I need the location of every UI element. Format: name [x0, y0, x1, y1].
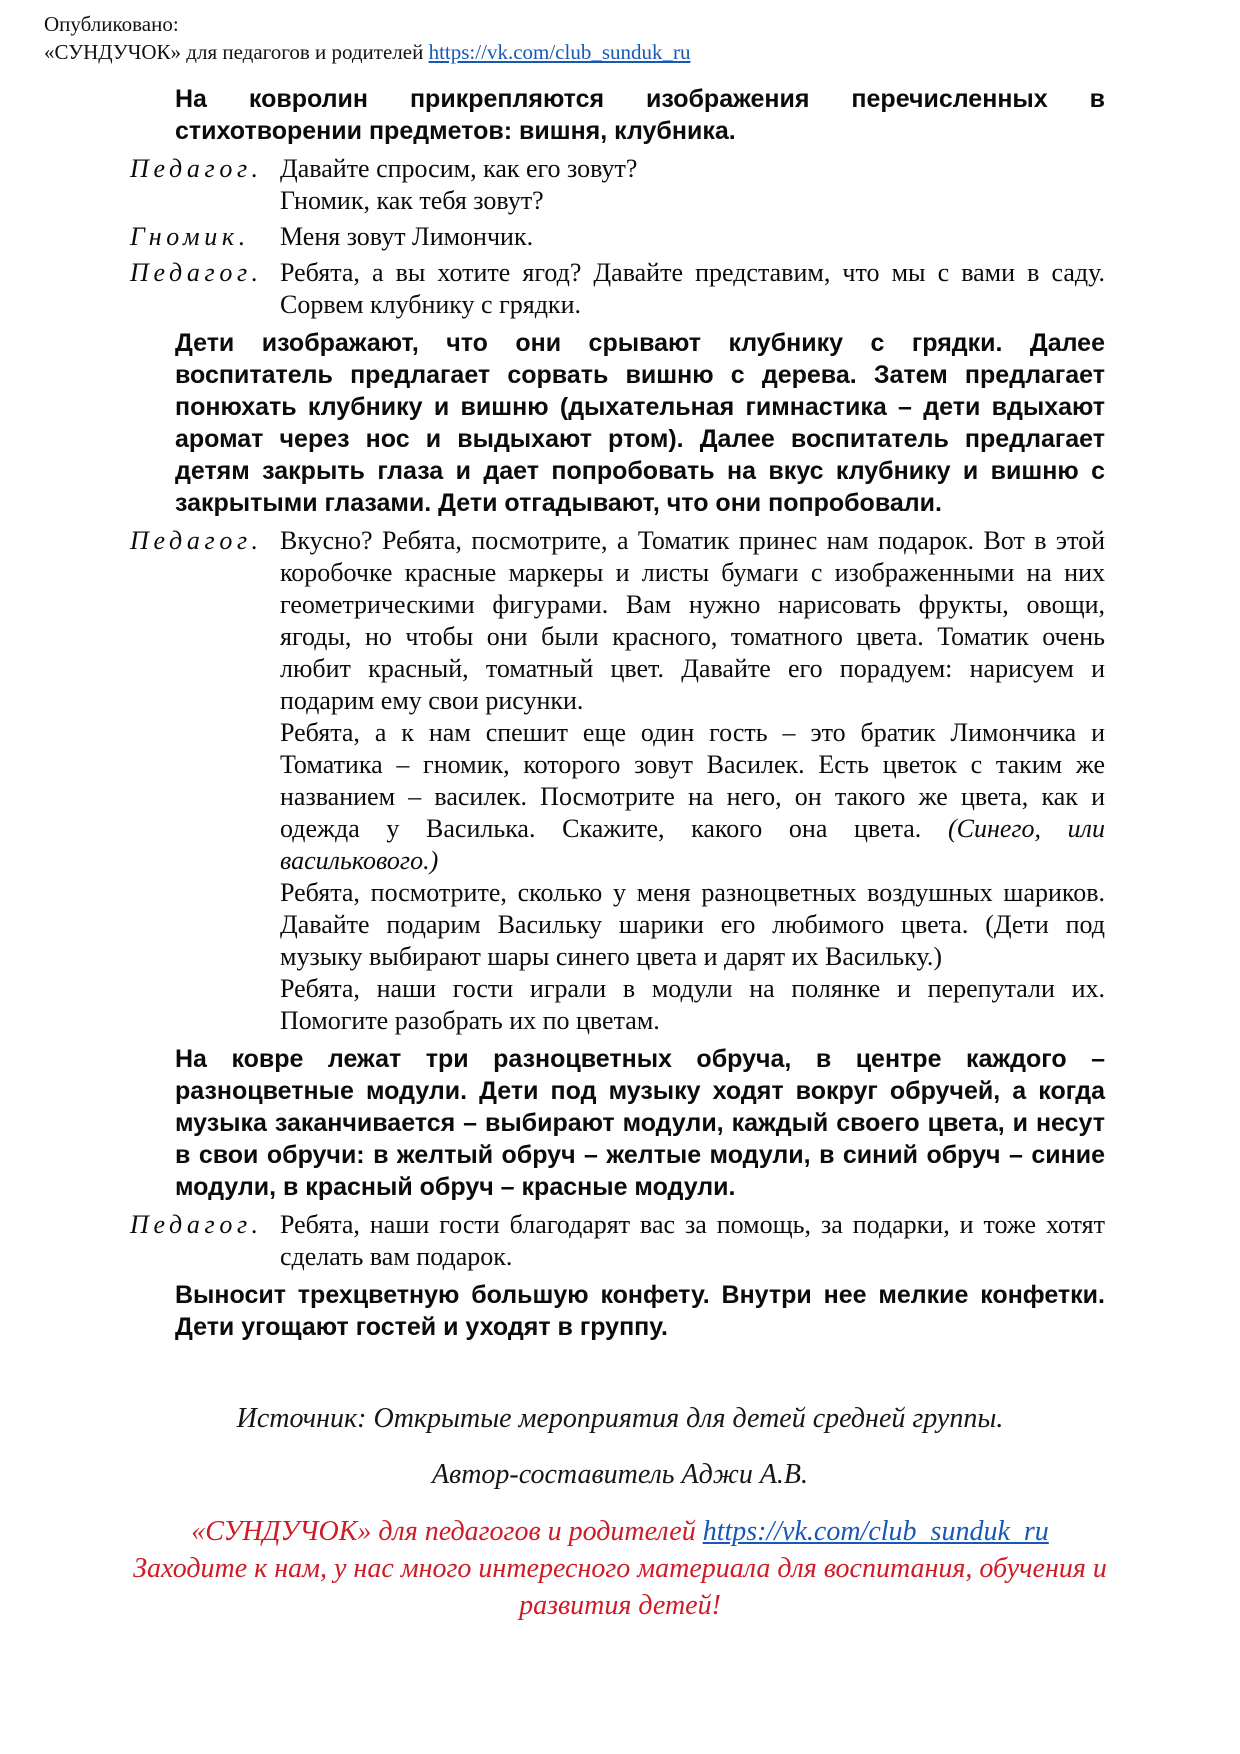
- club-line: «СУНДУЧОК» для педагогов и родителей htt…: [44, 38, 1240, 66]
- footer-author: Автор-составитель Аджи А.В.: [60, 1457, 1180, 1493]
- speech-line: Давайте спросим, как его зовут?: [280, 153, 1105, 185]
- document-page: Опубликовано: «СУНДУЧОК» для педагогов и…: [0, 0, 1240, 1754]
- dialogue-row-3: Педагог. Ребята, а вы хотите ягод? Давай…: [130, 257, 1105, 321]
- footer-club-line: «СУНДУЧОК» для педагогов и родителей htt…: [85, 1513, 1155, 1550]
- speaker-label: Педагог.: [130, 525, 280, 557]
- published-label: Опубликовано:: [44, 10, 1240, 38]
- speaker-label: Педагог.: [130, 153, 280, 185]
- speech-paragraph: Вкусно? Ребята, посмотрите, а Томатик пр…: [280, 525, 1105, 717]
- speech-line: Ребята, наши гости благодарят вас за пом…: [280, 1209, 1105, 1273]
- speech-line: Ребята, а вы хотите ягод? Давайте предст…: [280, 257, 1105, 321]
- document-body: На ковролин прикрепляются изображения пе…: [130, 83, 1105, 1343]
- dialogue-row-4: Педагог. Вкусно? Ребята, посмотрите, а Т…: [130, 525, 1105, 1037]
- stage-direction-3: На ковре лежат три разноцветных обруча, …: [175, 1043, 1105, 1203]
- dialogue-row-1: Педагог. Давайте спросим, как его зовут?…: [130, 153, 1105, 217]
- speech-text: Ребята, а вы хотите ягод? Давайте предст…: [280, 257, 1105, 321]
- footer-club-block: «СУНДУЧОК» для педагогов и родителей htt…: [85, 1513, 1155, 1624]
- stage-direction-2: Дети изображают, что они срывают клубник…: [175, 327, 1105, 519]
- footer-source: Источник: Открытые мероприятия для детей…: [60, 1401, 1180, 1437]
- speaker-label: Педагог.: [130, 257, 280, 289]
- stage-direction-1: На ковролин прикрепляются изображения пе…: [175, 83, 1105, 147]
- speech-paragraph: Ребята, посмотрите, сколько у меня разно…: [280, 877, 1105, 973]
- speech-text: Вкусно? Ребята, посмотрите, а Томатик пр…: [280, 525, 1105, 1037]
- footer-invite-text: Заходите к нам, у нас много интересного …: [85, 1550, 1155, 1624]
- speech-text: Меня зовут Лимончик.: [280, 221, 1105, 253]
- speaker-label: Педагог.: [130, 1209, 280, 1241]
- dialogue-row-2: Гномик. Меня зовут Лимончик.: [130, 221, 1105, 253]
- footer-club-link[interactable]: https://vk.com/club_sunduk_ru: [703, 1516, 1049, 1547]
- speech-text: Ребята, наши гости благодарят вас за пом…: [280, 1209, 1105, 1273]
- speech-paragraph: Ребята, а к нам спешит еще один гость – …: [280, 717, 1105, 877]
- club-line-text: «СУНДУЧОК» для педагогов и родителей: [44, 40, 429, 64]
- footer-club-text: «СУНДУЧОК» для педагогов и родителей: [191, 1516, 703, 1547]
- speech-paragraph: Ребята, наши гости играли в модули на по…: [280, 973, 1105, 1037]
- speech-line: Гномик, как тебя зовут?: [280, 185, 1105, 217]
- published-header: Опубликовано: «СУНДУЧОК» для педагогов и…: [0, 0, 1240, 67]
- footer: Источник: Открытые мероприятия для детей…: [0, 1401, 1240, 1624]
- stage-direction-4: Выносит трехцветную большую конфету. Вну…: [175, 1279, 1105, 1343]
- speaker-label: Гномик.: [130, 221, 280, 253]
- dialogue-row-5: Педагог. Ребята, наши гости благодарят в…: [130, 1209, 1105, 1273]
- club-link[interactable]: https://vk.com/club_sunduk_ru: [429, 40, 691, 64]
- speech-line: Меня зовут Лимончик.: [280, 221, 1105, 253]
- speech-text: Давайте спросим, как его зовут? Гномик, …: [280, 153, 1105, 217]
